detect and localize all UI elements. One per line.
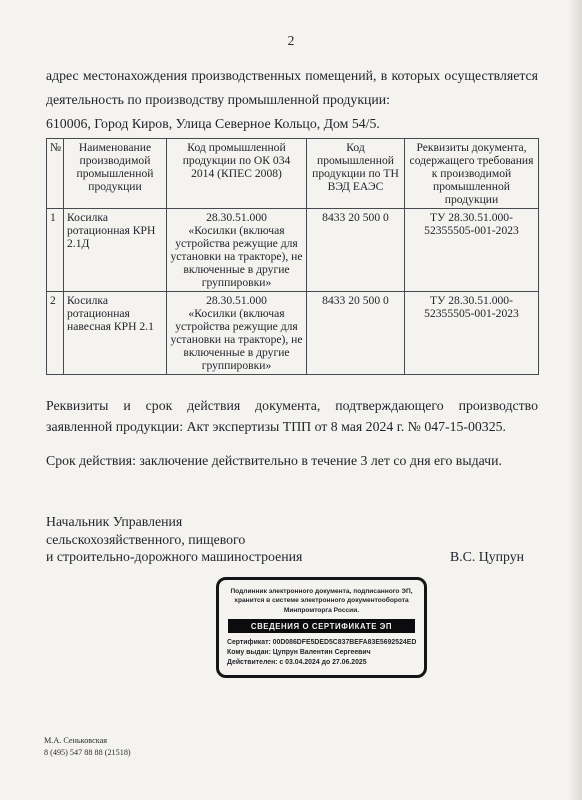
table-header-row: № Наименование производимой промышленной… — [47, 139, 539, 209]
address-line: 610006, Город Киров, Улица Северное Коль… — [46, 112, 538, 136]
products-table: № Наименование производимой промышленной… — [46, 138, 539, 375]
position-line: сельскохозяйственного, пищевого — [46, 531, 302, 549]
position-line: Начальник Управления — [46, 513, 302, 531]
certificate-issued-to: Кому выдан: Цупрун Валентин Сергеевич — [227, 648, 416, 658]
table-row: 1 Косилка ротационная КРН 2.1Д 28.30.51.… — [47, 209, 539, 292]
okpd-description: «Косилки (включая устройства режущие для… — [170, 224, 303, 289]
executor-footer: М.А. Сеньковская 8 (495) 547 88 88 (2151… — [44, 735, 131, 759]
cell-product-name: Косилка ротационная КРН 2.1Д — [64, 209, 167, 292]
document-page: 2 адрес местонахождения производственных… — [0, 0, 582, 800]
certificate-validity: Действителен: с 03.04.2024 до 27.06.2025 — [227, 658, 416, 668]
scanned-document: { "colors": { "paper": "#f4f3ef", "ink":… — [0, 0, 582, 800]
signature-block: Начальник Управления сельскохозяйственно… — [46, 513, 524, 566]
document-requisites-paragraph: Реквизиты и срок действия документа, под… — [46, 395, 538, 437]
certificate-info-bar: СВЕДЕНИЯ О СЕРТИФИКАТЕ ЭП — [228, 619, 415, 633]
col-header-number: № — [47, 139, 64, 209]
col-header-tnved-code: Код промышленной продукции по ТН ВЭД ЕАЭ… — [307, 139, 405, 209]
cell-requisites: ТУ 28.30.51.000-52355505-001-2023 — [405, 209, 539, 292]
okpd-code: 28.30.51.000 — [170, 294, 303, 307]
okpd-code: 28.30.51.000 — [170, 211, 303, 224]
cell-product-name: Косилка ротационная навесная КРН 2.1 — [64, 292, 167, 375]
scan-edge-shadow — [568, 0, 582, 800]
okpd-description: «Косилки (включая устройства режущие для… — [170, 307, 303, 372]
intro-block: адрес местонахождения производственных п… — [46, 64, 538, 136]
digital-signature-stamp: Подлинник электронного документа, подпис… — [216, 577, 427, 678]
executor-phone: 8 (495) 547 88 88 (21518) — [44, 747, 131, 759]
stamp-header-line: хранится в системе электронного документ… — [227, 596, 416, 606]
certificate-id: Сертификат: 00D086DFE5DED5C837BEFA83E569… — [227, 638, 416, 648]
stamp-header-line: Подлинник электронного документа, подпис… — [227, 587, 416, 597]
cell-tnved-code: 8433 20 500 0 — [307, 209, 405, 292]
cell-requisites: ТУ 28.30.51.000-52355505-001-2023 — [405, 292, 539, 375]
table-row: 2 Косилка ротационная навесная КРН 2.1 2… — [47, 292, 539, 375]
cell-okpd-code: 28.30.51.000 «Косилки (включая устройств… — [167, 292, 307, 375]
position-line: и строительно-дорожного машиностроения — [46, 548, 302, 566]
page-number: 2 — [0, 0, 582, 49]
cell-okpd-code: 28.30.51.000 «Косилки (включая устройств… — [167, 209, 307, 292]
stamp-header-line: Минпромторга России. — [227, 606, 416, 616]
executor-name: М.А. Сеньковская — [44, 735, 131, 747]
validity-paragraph: Срок действия: заключение действительно … — [46, 450, 538, 471]
intro-paragraph: адрес местонахождения производственных п… — [46, 64, 538, 112]
stamp-header: Подлинник электронного документа, подпис… — [227, 587, 416, 616]
signatory-position: Начальник Управления сельскохозяйственно… — [46, 513, 302, 566]
col-header-okpd-code: Код промышленной продукции по ОК 034 201… — [167, 139, 307, 209]
col-header-product-name: Наименование производимой промышленной п… — [64, 139, 167, 209]
cell-tnved-code: 8433 20 500 0 — [307, 292, 405, 375]
cell-row-number: 2 — [47, 292, 64, 375]
cell-row-number: 1 — [47, 209, 64, 292]
col-header-requisites: Реквизиты документа, содержащего требова… — [405, 139, 539, 209]
signatory-name: В.С. Цупрун — [450, 548, 524, 566]
certificate-details: Сертификат: 00D086DFE5DED5C837BEFA83E569… — [227, 638, 416, 668]
